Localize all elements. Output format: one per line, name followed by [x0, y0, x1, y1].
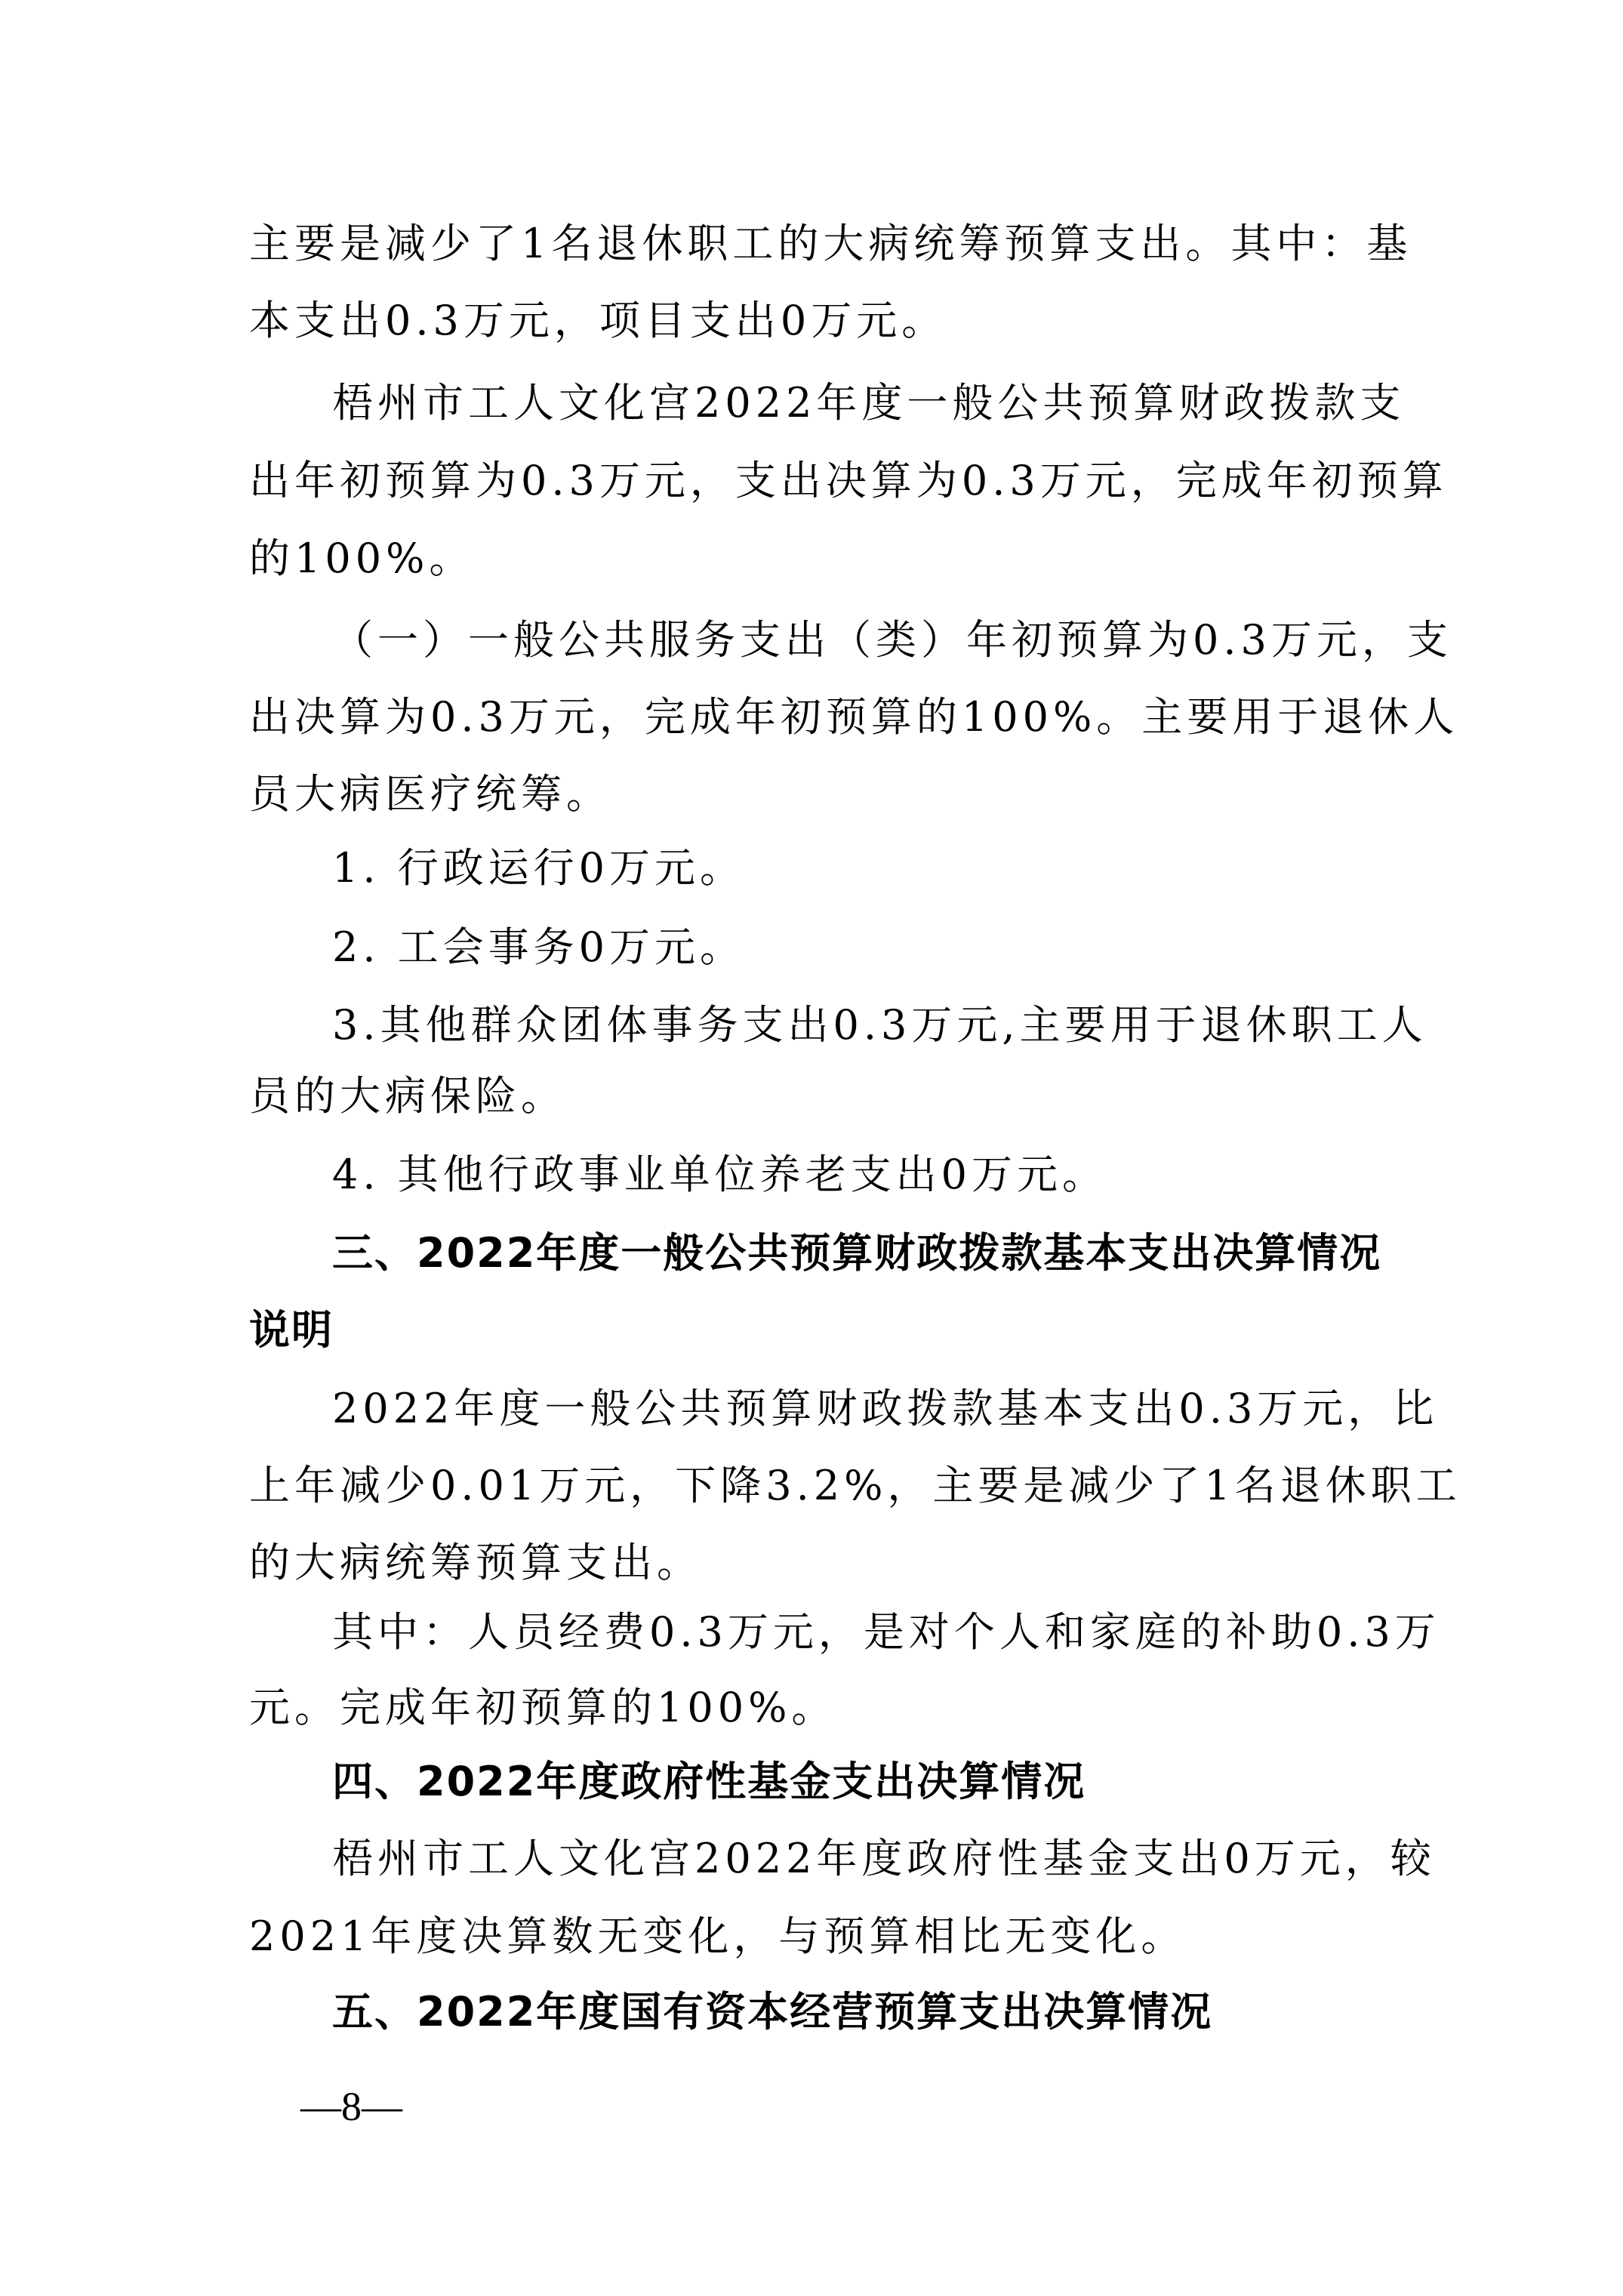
list-item: 1. 行政运行0万元。 — [332, 838, 745, 898]
section-heading: 三、2022年度一般公共预算财政拨款基本支出决算情况 — [332, 1223, 1381, 1284]
paragraph-line: 主要是减少了1名退休职工的大病统筹预算支出。其中：基 — [249, 214, 1404, 274]
paragraph-line: （一）一般公共服务支出（类）年初预算为0.3万元，支 — [332, 610, 1452, 670]
section-heading: 四、2022年度政府性基金支出决算情况 — [332, 1752, 1086, 1812]
section-heading: 说明 — [249, 1300, 334, 1361]
section-heading: 五、2022年度国有资本经营预算支出决算情况 — [332, 1982, 1212, 2042]
document-page: 主要是减少了1名退休职工的大病统筹预算支出。其中：基 本支出0.3万元，项目支出… — [0, 0, 1623, 2296]
page-number: —8— — [300, 2080, 402, 2133]
paragraph-line: 梧州市工人文化宫2022年度一般公共预算财政拨款支 — [332, 373, 1405, 433]
paragraph-line: 本支出0.3万元，项目支出0万元。 — [249, 291, 947, 351]
list-item: 2. 工会事务0万元。 — [332, 917, 745, 978]
paragraph-line: 出年初预算为0.3万元，支出决算为0.3万元，完成年初预算 — [249, 451, 1448, 511]
paragraph-line: 梧州市工人文化宫2022年度政府性基金支出0万元，较 — [332, 1829, 1436, 1889]
paragraph-line: 2021年度决算数无变化，与预算相比无变化。 — [249, 1906, 1186, 1967]
paragraph-line: 出决算为0.3万元，完成年初预算的100%。主要用于退休人 — [249, 687, 1458, 747]
list-item: 4. 其他行政事业单位养老支出0万元。 — [332, 1145, 1107, 1205]
paragraph-line: 员大病医疗统筹。 — [249, 764, 611, 824]
paragraph-line: 上年减少0.01万元，下降3.2%，主要是减少了1名退休职工 — [249, 1456, 1461, 1516]
paragraph-line: 员的大病保险。 — [249, 1066, 566, 1126]
paragraph-line: 的大病统筹预算支出。 — [249, 1533, 702, 1593]
paragraph-line: 的100%。 — [249, 529, 474, 589]
paragraph-line: 其中：人员经费0.3万元，是对个人和家庭的补助0.3万 — [332, 1602, 1440, 1663]
paragraph-line: 元。完成年初预算的100%。 — [249, 1678, 836, 1738]
list-item: 3.其他群众团体事务支出0.3万元,主要用于退休职工人 — [332, 995, 1427, 1056]
paragraph-line: 2022年度一般公共预算财政拨款基本支出0.3万元，比 — [332, 1379, 1438, 1439]
